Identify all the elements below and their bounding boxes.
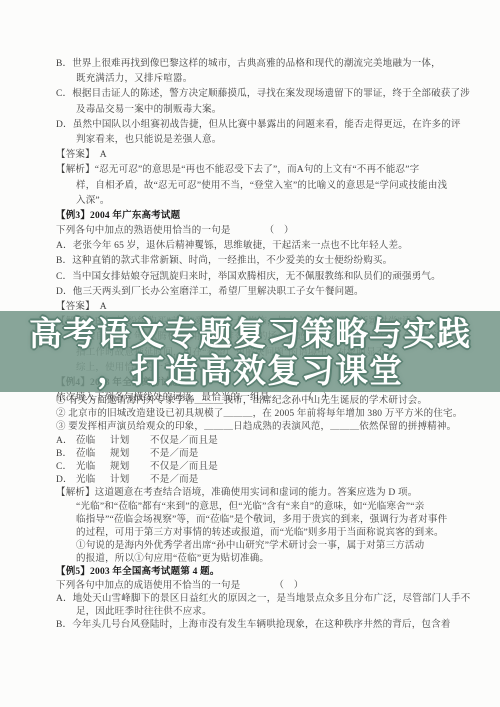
- doc-line: 的报道，所以①句应用“莅临”更为贴切准确。: [56, 553, 468, 566]
- option-column: 不仅是／而且是: [150, 435, 218, 448]
- banner-title-line-1: 高考语文专题复习策略与实践: [29, 315, 471, 352]
- option-column: B．: [56, 448, 76, 461]
- option-column: D．: [56, 474, 76, 487]
- doc-line: D．光临计划不是／而是: [56, 474, 468, 487]
- doc-line: D．他三天两头到厂长办公室磨洋工，希望厂里解决职工子女午餐问题。: [56, 285, 468, 300]
- option-column: 规划: [110, 448, 150, 461]
- doc-line: 足，因此旺季时往往供不应求。: [56, 606, 468, 619]
- doc-heading: 【例3】2004 年广东高考试题: [56, 209, 468, 224]
- doc-line: B．莅临规划不是／而是: [56, 448, 468, 461]
- doc-line: C．根据目击证人的陈述，警方决定顺藤摸瓜，寻找在案发现场遗留下的罪证，终于全部破…: [56, 87, 468, 102]
- doc-line: 【解析】“忍无可忍”的意思是“再也不能忍受下去了”，而A句的上文有“不再不能忍”…: [56, 163, 468, 178]
- title-banner-overlay: 高考语文专题复习策略与实践 ，打造高效复习课堂: [0, 311, 500, 392]
- doc-line: B．今年头几号台风登陆时，上海市没有发生车辆哄抢现象，在这种秩序井然的背后，包含…: [56, 619, 468, 632]
- doc-line: 临指导”“莅临会场视察”等，而“莅临”是个敬词，多用于贵宾的到来，强调行为者对事…: [56, 514, 468, 527]
- doc-line: 入深”。: [56, 194, 468, 209]
- doc-line: A．地处天山雪峰脚下的景区日益红火的原因之一，是当地景点众多且分布广泛，尽管部门…: [56, 593, 468, 606]
- option-column: 不仅是／而且是: [150, 461, 218, 474]
- doc-line: 下列各句中加点的成语使用不恰当的一句是 （ ）: [56, 580, 468, 593]
- doc-line: “光临”和“莅临”都有“来到”的意思，但“光临”含有“来自”的意味，如“光临寒舍…: [56, 501, 468, 514]
- option-column: 莅临: [76, 448, 110, 461]
- doc-line: ③ 要发挥相声演员给观众的印象，＿＿＿日趋成熟的表演风范，＿＿＿依然保留的拼搏精…: [56, 421, 468, 434]
- option-column: 不是／而是: [150, 474, 199, 487]
- option-column: 光临: [76, 474, 110, 487]
- doc-line: ② 北京市的旧城改造建设已初具规模了＿＿＿，在 2005 年前将每年增加 380…: [56, 408, 468, 421]
- doc-line: B．世界上很难再找到像巴黎这样的城市，古典高雅的品格和现代的潮流完美地融为一体，: [56, 57, 468, 72]
- option-column: 不是／而是: [150, 448, 199, 461]
- doc-line: ① 有关方面邀请海内外专家学者＿＿＿我市，出席纪念孙中山先生诞辰的学术研讨会。: [56, 395, 468, 408]
- doc-line: 【答案】 A: [56, 148, 468, 163]
- doc-line: 【解析】这道题意在考查结合语境，准确使用实词和虚词的能力。答案应选为 D 项。: [56, 487, 468, 500]
- doc-line: C．光临规划不仅是／而且是: [56, 461, 468, 474]
- doc-line: A．老张今年 65 岁，退休后精神矍铄，思维敏捷，干起活来一点也不比年轻人差。: [56, 239, 468, 254]
- doc-line: 的过程，可用于第三方对事情的转述或报道，而“光临”则多用于当面称说宾客的到来。: [56, 527, 468, 540]
- banner-title-line-2: ，打造高效复习课堂: [97, 352, 403, 389]
- doc-line: 及毒品交易一案中的制贩毒大案。: [56, 103, 468, 118]
- doc-line: D．虽然中国队以小组赛初战告捷，但从比赛中暴露出的问题来看，能否走得更远，在许多…: [56, 118, 468, 133]
- document-lower-section: ① 有关方面邀请海内外专家学者＿＿＿我市，出席纪念孙中山先生诞辰的学术研讨会。②…: [56, 395, 468, 632]
- doc-line: B．这种直销的款式非常新颖、时尚，一经推出，不少爱美的女士便纷纷购买。: [56, 254, 468, 269]
- doc-line: ①句说的是海内外优秀学者出席“孙中山研究”学术研讨会一事，属于对第三方活动: [56, 540, 468, 553]
- doc-line: C．当中国女排姑娘夺冠凯旋归来时，举国欢腾相庆，无不佩服教练和队员们的顽强勇气。: [56, 270, 468, 285]
- doc-line: 样，自相矛盾，故“忍无可忍”使用不当，“登堂入室”的比喻义的意思是“学问或技能由…: [56, 179, 468, 194]
- option-column: 光临: [76, 461, 110, 474]
- doc-heading: 【例5】2003 年全国高考试题第 4 题。: [56, 566, 468, 579]
- document-page: B．世界上很难再找到像巴黎这样的城市，古典高雅的品格和现代的潮流完美地融为一体，…: [0, 0, 500, 707]
- option-column: C．: [56, 461, 76, 474]
- option-column: A．: [56, 435, 76, 448]
- doc-line: 既充满活力，又排斥喧嚣。: [56, 72, 468, 87]
- option-column: 计划: [110, 435, 150, 448]
- option-column: 规划: [110, 461, 150, 474]
- option-column: 计划: [110, 474, 150, 487]
- doc-line: 下列各句中加点的熟语使用恰当的一句是 （ ）: [56, 224, 468, 239]
- doc-line: 判家看来，也只能说是差强人意。: [56, 133, 468, 148]
- doc-line: A．莅临计划不仅是／而且是: [56, 435, 468, 448]
- option-column: 莅临: [76, 435, 110, 448]
